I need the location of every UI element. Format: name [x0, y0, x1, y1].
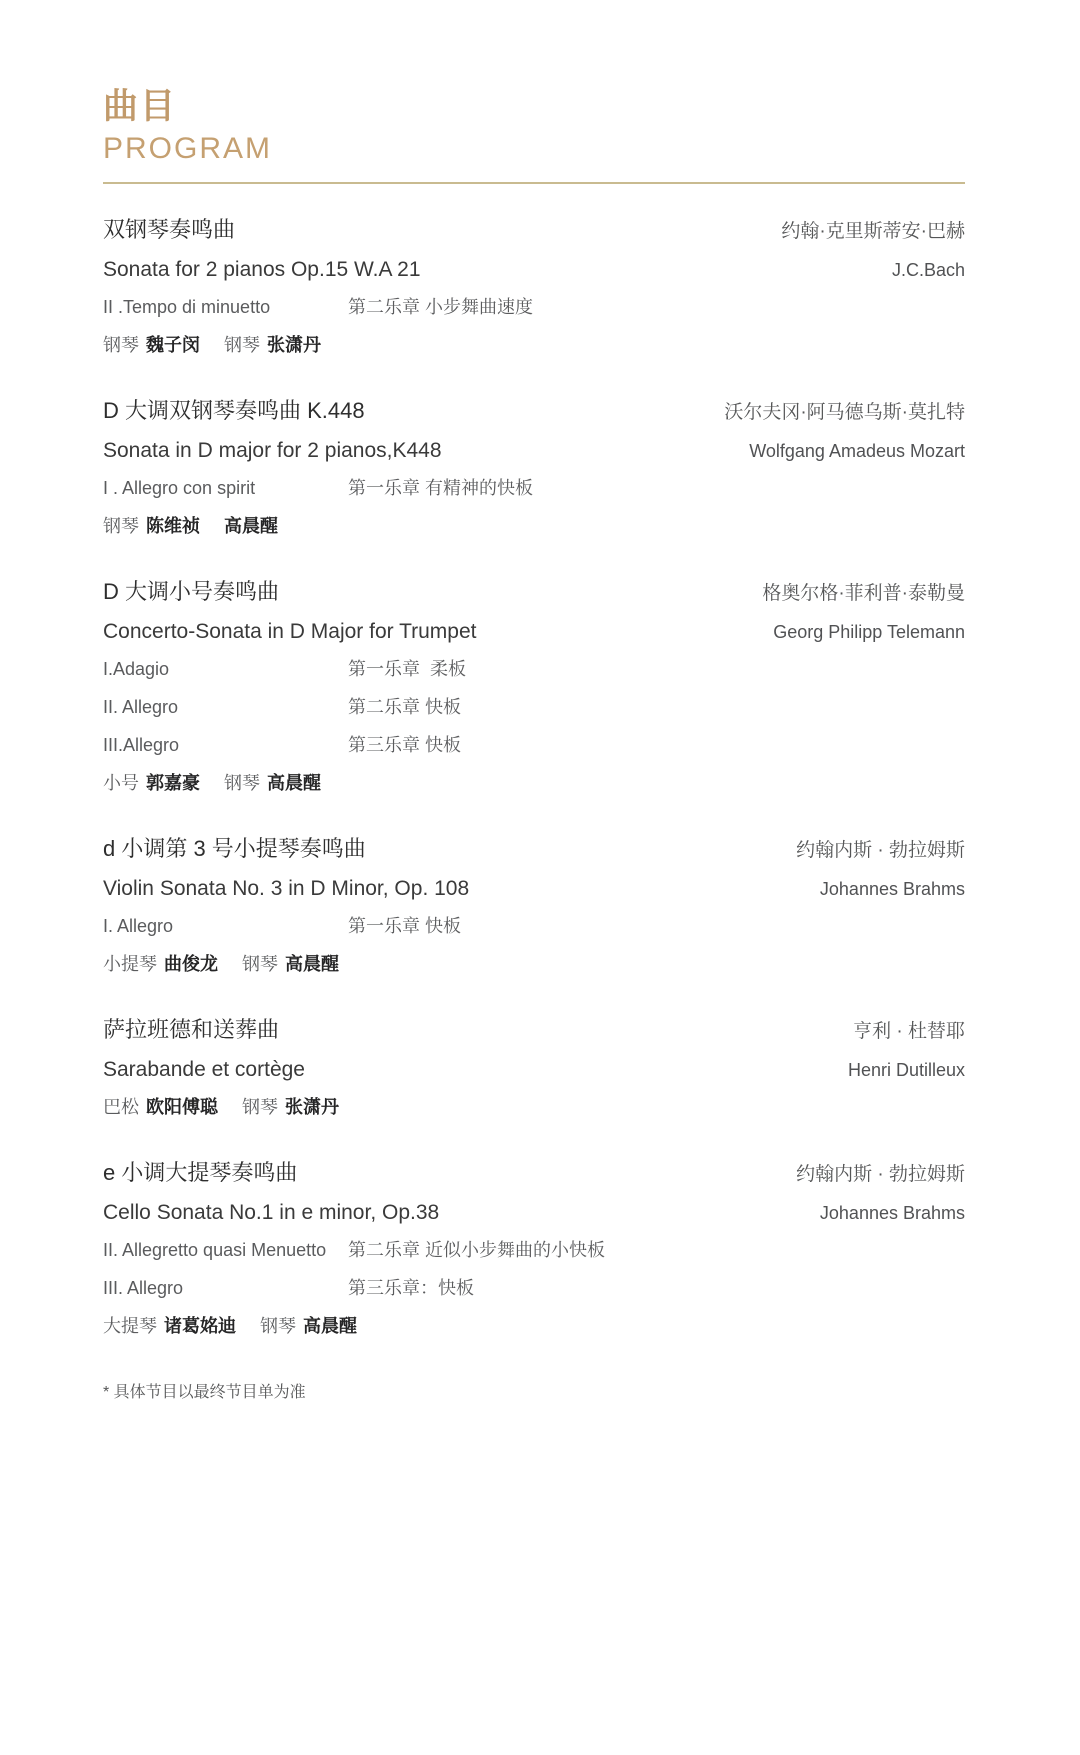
piece-title-en: Sarabande et cortège [103, 1057, 305, 1083]
movement-list: II. Allegretto quasi Menuetto第二乐章 近似小步舞曲… [103, 1238, 965, 1301]
instrument-label: 小提琴 [103, 954, 157, 974]
title-row-en: Sarabande et cortège Henri Dutilleux [103, 1057, 965, 1083]
composer-name-en: Johannes Brahms [820, 1200, 965, 1226]
composer-name-zh: 亨利 · 杜替耶 [853, 1019, 965, 1045]
piece-title-zh: 双钢琴奏鸣曲 [103, 217, 235, 243]
piece-title-zh: 萨拉班德和送葬曲 [103, 1017, 279, 1043]
composer-name-zh: 约翰·克里斯蒂安·巴赫 [781, 219, 965, 245]
performer-pair: 钢琴魏子闵 [103, 335, 200, 355]
program-entry: e 小调大提琴奏鸣曲 约翰内斯 · 勃拉姆斯 Cello Sonata No.1… [103, 1160, 965, 1339]
performer-name: 魏子闵 [146, 335, 200, 355]
performer-pair: 钢琴张潇丹 [224, 335, 321, 355]
movement-name-zh: 第三乐章 快板 [348, 733, 461, 758]
title-row-zh: 萨拉班德和送葬曲 亨利 · 杜替耶 [103, 1017, 965, 1045]
performer-pair: 小提琴曲俊龙 [103, 954, 218, 974]
performer-pair: 小号郭嘉豪 [103, 773, 200, 793]
piece-title-zh: D 大调小号奏鸣曲 [103, 579, 279, 605]
composer-name-en: J.C.Bach [892, 257, 965, 283]
performer-line: 钢琴陈维祯高晨醒 [103, 514, 965, 539]
performer-pair: 钢琴高晨醒 [260, 1316, 357, 1336]
header-divider [103, 182, 965, 184]
movement-row: II. Allegro第二乐章 快板 [103, 695, 965, 720]
composer-name-zh: 格奥尔格·菲利普·泰勒曼 [762, 581, 965, 607]
performer-line: 巴松欧阳傅聪钢琴张潇丹 [103, 1095, 965, 1120]
piece-title-zh: e 小调大提琴奏鸣曲 [103, 1160, 297, 1186]
movement-name-en: III. Allegro [103, 1276, 348, 1301]
performer-pair: 钢琴高晨醒 [242, 954, 339, 974]
movement-name-zh: 第二乐章 近似小步舞曲的小快板 [348, 1238, 605, 1263]
title-row-zh: e 小调大提琴奏鸣曲 约翰内斯 · 勃拉姆斯 [103, 1160, 965, 1188]
performer-name: 张潇丹 [285, 1097, 339, 1117]
piece-title-en: Cello Sonata No.1 in e minor, Op.38 [103, 1200, 439, 1226]
page-title-zh: 曲目 [103, 86, 965, 128]
composer-name-zh: 约翰内斯 · 勃拉姆斯 [796, 1162, 965, 1188]
movement-row: I.Adagio第一乐章 柔板 [103, 657, 965, 682]
page-header: 曲目 PROGRAM [103, 86, 965, 184]
performer-name: 高晨醒 [285, 954, 339, 974]
movement-name-zh: 第一乐章 有精神的快板 [348, 476, 533, 501]
performer-name: 郭嘉豪 [146, 773, 200, 793]
piece-title-en: Concerto-Sonata in D Major for Trumpet [103, 619, 477, 645]
movement-list: I.Adagio第一乐章 柔板II. Allegro第二乐章 快板III.All… [103, 657, 965, 758]
movement-row: II. Allegretto quasi Menuetto第二乐章 近似小步舞曲… [103, 1238, 965, 1263]
movement-name-en: I.Adagio [103, 657, 348, 682]
program-entry: d 小调第 3 号小提琴奏鸣曲 约翰内斯 · 勃拉姆斯 Violin Sonat… [103, 836, 965, 977]
instrument-label: 钢琴 [224, 335, 260, 355]
performer-pair: 钢琴高晨醒 [224, 773, 321, 793]
movement-name-en: I. Allegro [103, 914, 348, 939]
composer-name-en: Wolfgang Amadeus Mozart [749, 438, 965, 464]
footnote: * 具体节目以最终节目单为准 [103, 1379, 965, 1402]
performer-line: 小提琴曲俊龙钢琴高晨醒 [103, 952, 965, 977]
performer-name: 陈维祯 [146, 516, 200, 536]
instrument-label: 钢琴 [224, 773, 260, 793]
performer-name: 高晨醒 [267, 773, 321, 793]
instrument-label: 大提琴 [103, 1316, 157, 1336]
movement-name-zh: 第二乐章 小步舞曲速度 [348, 295, 533, 320]
movement-row: II .Tempo di minuetto第二乐章 小步舞曲速度 [103, 295, 965, 320]
movement-name-en: III.Allegro [103, 733, 348, 758]
program-entry: 萨拉班德和送葬曲 亨利 · 杜替耶 Sarabande et cortège H… [103, 1017, 965, 1120]
piece-title-zh: d 小调第 3 号小提琴奏鸣曲 [103, 836, 366, 862]
instrument-label: 钢琴 [242, 1097, 278, 1117]
performer-line: 小号郭嘉豪钢琴高晨醒 [103, 771, 965, 796]
movement-row: III.Allegro第三乐章 快板 [103, 733, 965, 758]
piece-title-en: Violin Sonata No. 3 in D Minor, Op. 108 [103, 876, 469, 902]
piece-title-en: Sonata in D major for 2 pianos,K448 [103, 438, 442, 464]
performer-name: 诸葛姳迪 [164, 1316, 236, 1336]
title-row-en: Cello Sonata No.1 in e minor, Op.38 Joha… [103, 1200, 965, 1226]
movement-list: I. Allegro第一乐章 快板 [103, 914, 965, 939]
instrument-label: 钢琴 [103, 335, 139, 355]
title-row-en: Sonata for 2 pianos Op.15 W.A 21 J.C.Bac… [103, 257, 965, 283]
movement-name-zh: 第一乐章 快板 [348, 914, 461, 939]
page-title-en: PROGRAM [103, 132, 965, 165]
instrument-label: 钢琴 [260, 1316, 296, 1336]
composer-name-en: Georg Philipp Telemann [773, 619, 965, 645]
movement-list: I . Allegro con spirit第一乐章 有精神的快板 [103, 476, 965, 501]
instrument-label: 钢琴 [242, 954, 278, 974]
movement-list: II .Tempo di minuetto第二乐章 小步舞曲速度 [103, 295, 965, 320]
piece-title-zh: D 大调双钢琴奏鸣曲 K.448 [103, 398, 365, 424]
piece-title-en: Sonata for 2 pianos Op.15 W.A 21 [103, 257, 421, 283]
program-page: 曲目 PROGRAM 双钢琴奏鸣曲 约翰·克里斯蒂安·巴赫 Sonata for… [0, 0, 1080, 1755]
movement-name-zh: 第二乐章 快板 [348, 695, 461, 720]
instrument-label: 巴松 [103, 1097, 139, 1117]
movement-row: I . Allegro con spirit第一乐章 有精神的快板 [103, 476, 965, 501]
movement-name-en: II .Tempo di minuetto [103, 295, 348, 320]
movement-name-en: II. Allegretto quasi Menuetto [103, 1238, 348, 1263]
movement-name-en: I . Allegro con spirit [103, 476, 348, 501]
composer-name-en: Johannes Brahms [820, 876, 965, 902]
performer-line: 钢琴魏子闵钢琴张潇丹 [103, 333, 965, 358]
movement-name-zh: 第一乐章 柔板 [348, 657, 466, 682]
title-row-en: Violin Sonata No. 3 in D Minor, Op. 108 … [103, 876, 965, 902]
program-entry: 双钢琴奏鸣曲 约翰·克里斯蒂安·巴赫 Sonata for 2 pianos O… [103, 217, 965, 358]
program-entry: D 大调小号奏鸣曲 格奥尔格·菲利普·泰勒曼 Concerto-Sonata i… [103, 579, 965, 796]
performer-name: 欧阳傅聪 [146, 1097, 218, 1117]
performer-pair: 大提琴诸葛姳迪 [103, 1316, 236, 1336]
title-row-zh: 双钢琴奏鸣曲 约翰·克里斯蒂安·巴赫 [103, 217, 965, 245]
title-row-zh: d 小调第 3 号小提琴奏鸣曲 约翰内斯 · 勃拉姆斯 [103, 836, 965, 864]
program-list: 双钢琴奏鸣曲 约翰·克里斯蒂安·巴赫 Sonata for 2 pianos O… [103, 217, 965, 1339]
instrument-label: 钢琴 [103, 516, 139, 536]
performer-pair: 高晨醒 [224, 516, 278, 536]
title-row-en: Concerto-Sonata in D Major for Trumpet G… [103, 619, 965, 645]
performer-name: 张潇丹 [267, 335, 321, 355]
movement-row: III. Allegro第三乐章：快板 [103, 1276, 965, 1301]
performer-pair: 钢琴张潇丹 [242, 1097, 339, 1117]
instrument-label: 小号 [103, 773, 139, 793]
performer-name: 高晨醒 [224, 516, 278, 536]
title-row-zh: D 大调双钢琴奏鸣曲 K.448 沃尔夫冈·阿马德乌斯·莫扎特 [103, 398, 965, 426]
performer-line: 大提琴诸葛姳迪钢琴高晨醒 [103, 1314, 965, 1339]
title-row-zh: D 大调小号奏鸣曲 格奥尔格·菲利普·泰勒曼 [103, 579, 965, 607]
composer-name-zh: 沃尔夫冈·阿马德乌斯·莫扎特 [724, 400, 965, 426]
composer-name-zh: 约翰内斯 · 勃拉姆斯 [796, 838, 965, 864]
program-entry: D 大调双钢琴奏鸣曲 K.448 沃尔夫冈·阿马德乌斯·莫扎特 Sonata i… [103, 398, 965, 539]
title-row-en: Sonata in D major for 2 pianos,K448 Wolf… [103, 438, 965, 464]
movement-name-zh: 第三乐章：快板 [348, 1276, 474, 1301]
performer-name: 高晨醒 [303, 1316, 357, 1336]
performer-name: 曲俊龙 [164, 954, 218, 974]
composer-name-en: Henri Dutilleux [848, 1057, 965, 1083]
movement-name-en: II. Allegro [103, 695, 348, 720]
movement-row: I. Allegro第一乐章 快板 [103, 914, 965, 939]
performer-pair: 钢琴陈维祯 [103, 516, 200, 536]
performer-pair: 巴松欧阳傅聪 [103, 1097, 218, 1117]
